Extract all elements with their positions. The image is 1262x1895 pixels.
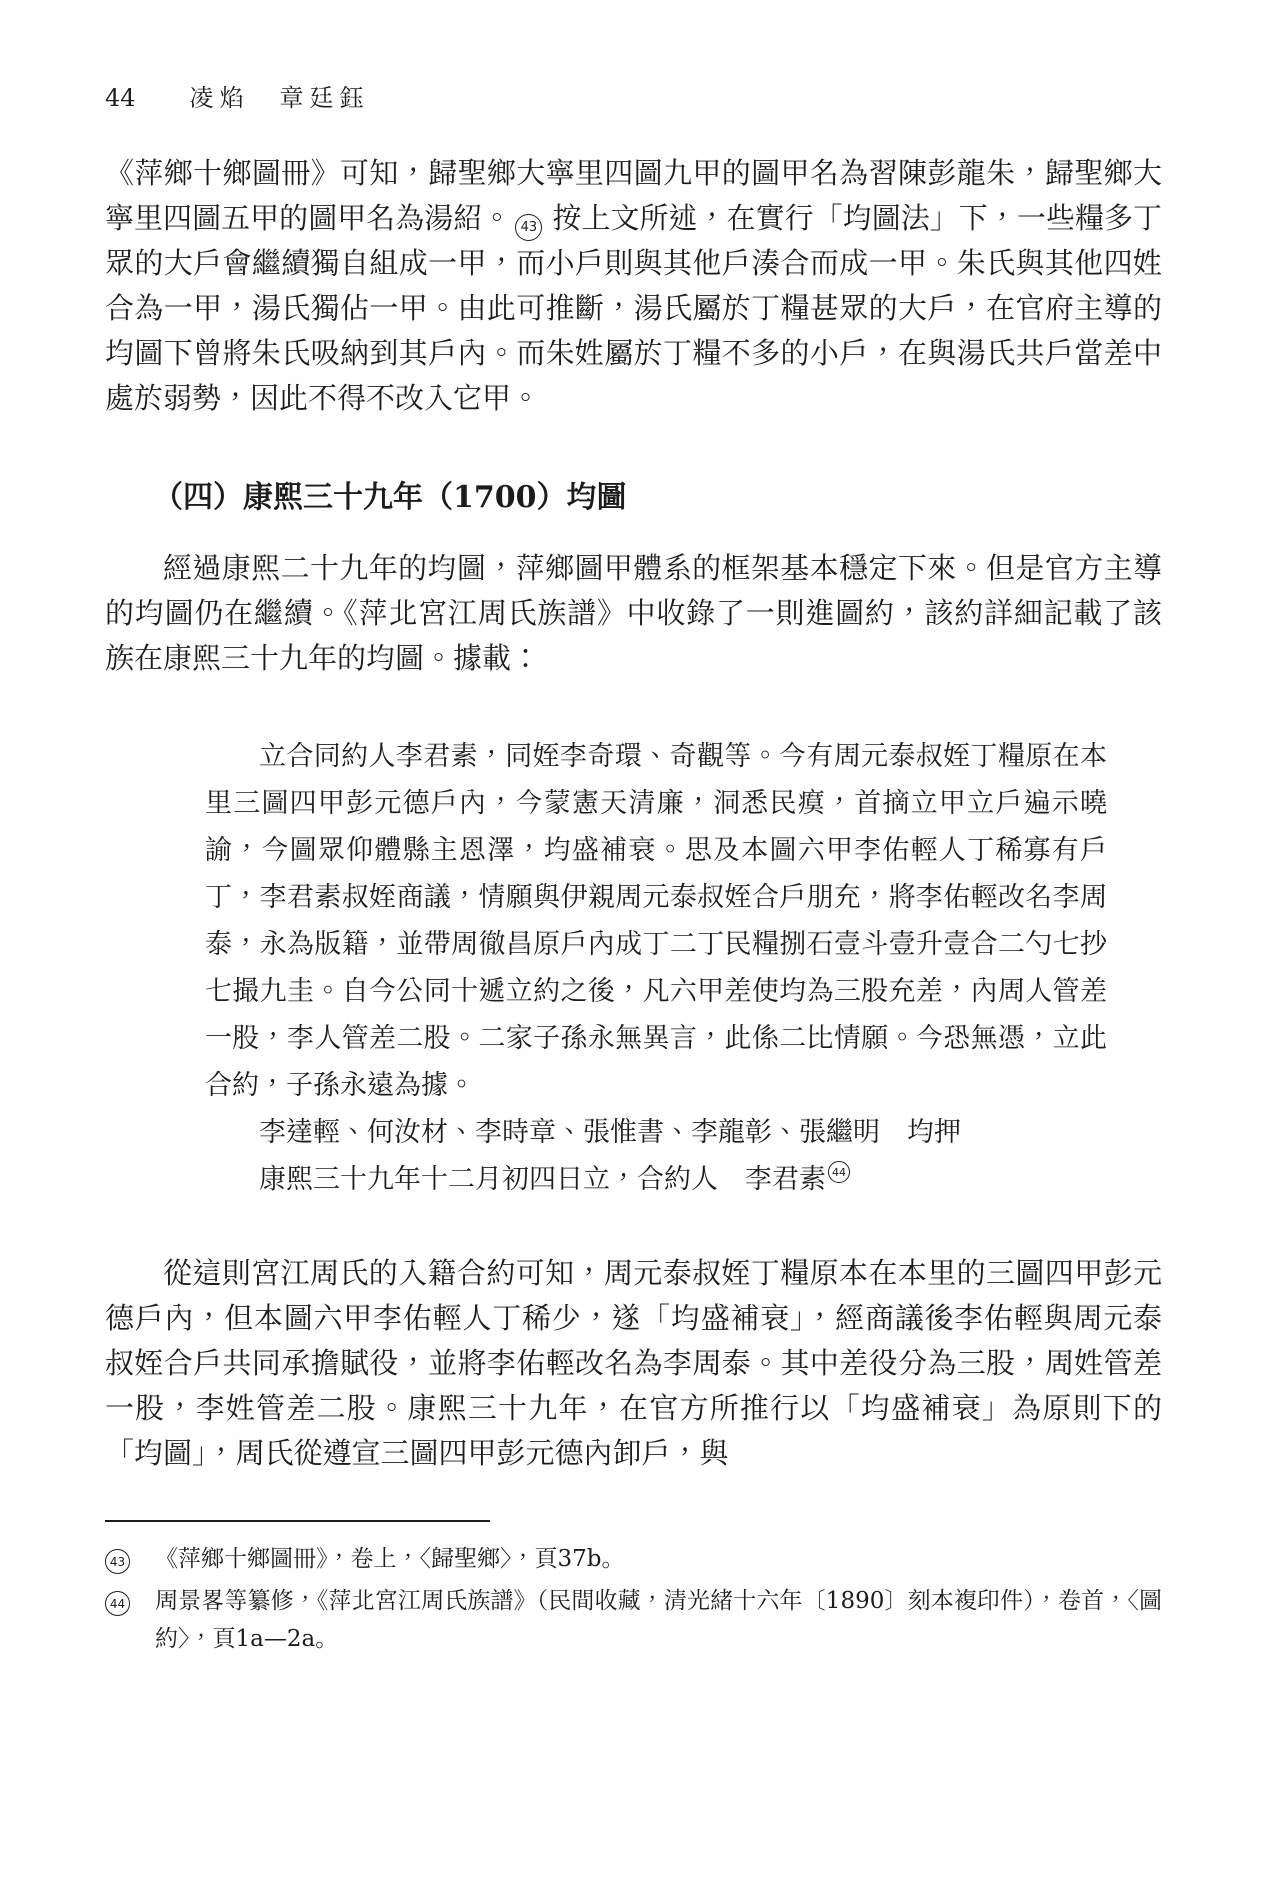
page-header: 44 凌焰 章廷鈺 <box>105 84 1162 113</box>
footnote-ref-44-icon: 44 <box>828 1161 850 1183</box>
section-heading: （四）康熙三十九年（1700）均圖 <box>153 475 1162 520</box>
page-number: 44 <box>105 84 136 113</box>
footnote-44: 44 周景畧等纂修，《萍北宮江周氏族譜》（民間收藏，清光緒十六年〔1890〕刻本… <box>105 1582 1162 1658</box>
quote-signatures: 李達輕、何汝材、李時章、張惟書、李龍彰、張繼明 均押 <box>205 1109 1107 1156</box>
footnote-ref-43-icon: 43 <box>515 214 542 241</box>
footnote-43-marker-cell: 43 <box>105 1540 155 1575</box>
footnote-43-marker-icon: 43 <box>105 1549 130 1574</box>
footnote-44-marker-cell: 44 <box>105 1582 155 1617</box>
paragraph-1: 《萍鄉十鄉圖冊》可知，歸聖鄉大寧里四圖九甲的圖甲名為習陳彭龍朱，歸聖鄉大寧里四圖… <box>105 151 1162 421</box>
footnotes-section: 43 《萍鄉十鄉圖冊》，卷上，〈歸聖鄉〉，頁37b。 44 周景畧等纂修，《萍北… <box>105 1540 1162 1658</box>
quote-dateline: 康熙三十九年十二月初四日立，合約人 李君素44 <box>205 1156 1107 1203</box>
footnote-43-text: 《萍鄉十鄉圖冊》，卷上，〈歸聖鄉〉，頁37b。 <box>155 1540 1162 1578</box>
footnote-44-text: 周景畧等纂修，《萍北宮江周氏族譜》（民間收藏，清光緒十六年〔1890〕刻本複印件… <box>155 1582 1162 1658</box>
paragraph-3: 從這則宮江周氏的入籍合約可知，周元泰叔姪丁糧原本在本里的三圖四甲彭元德戶內，但本… <box>105 1251 1162 1476</box>
footnote-43: 43 《萍鄉十鄉圖冊》，卷上，〈歸聖鄉〉，頁37b。 <box>105 1540 1162 1578</box>
footnote-44-marker-icon: 44 <box>105 1591 130 1616</box>
running-authors: 凌焰 章廷鈺 <box>190 84 370 113</box>
paragraph-2: 經過康熙二十九年的均圖，萍鄉圖甲體系的框架基本穩定下來。但是官方主導的均圖仍在繼… <box>105 546 1162 681</box>
quotation-block: 立合同約人李君素，同姪李奇環、奇觀等。今有周元泰叔姪丁糧原在本里三圖四甲彭元德戶… <box>205 733 1107 1203</box>
footnote-separator <box>105 1520 490 1522</box>
document-page: 44 凌焰 章廷鈺 《萍鄉十鄉圖冊》可知，歸聖鄉大寧里四圖九甲的圖甲名為習陳彭龍… <box>0 0 1262 1895</box>
quote-dateline-text: 康熙三十九年十二月初四日立，合約人 李君素 <box>259 1164 826 1195</box>
quote-body: 立合同約人李君素，同姪李奇環、奇觀等。今有周元泰叔姪丁糧原在本里三圖四甲彭元德戶… <box>205 733 1107 1109</box>
